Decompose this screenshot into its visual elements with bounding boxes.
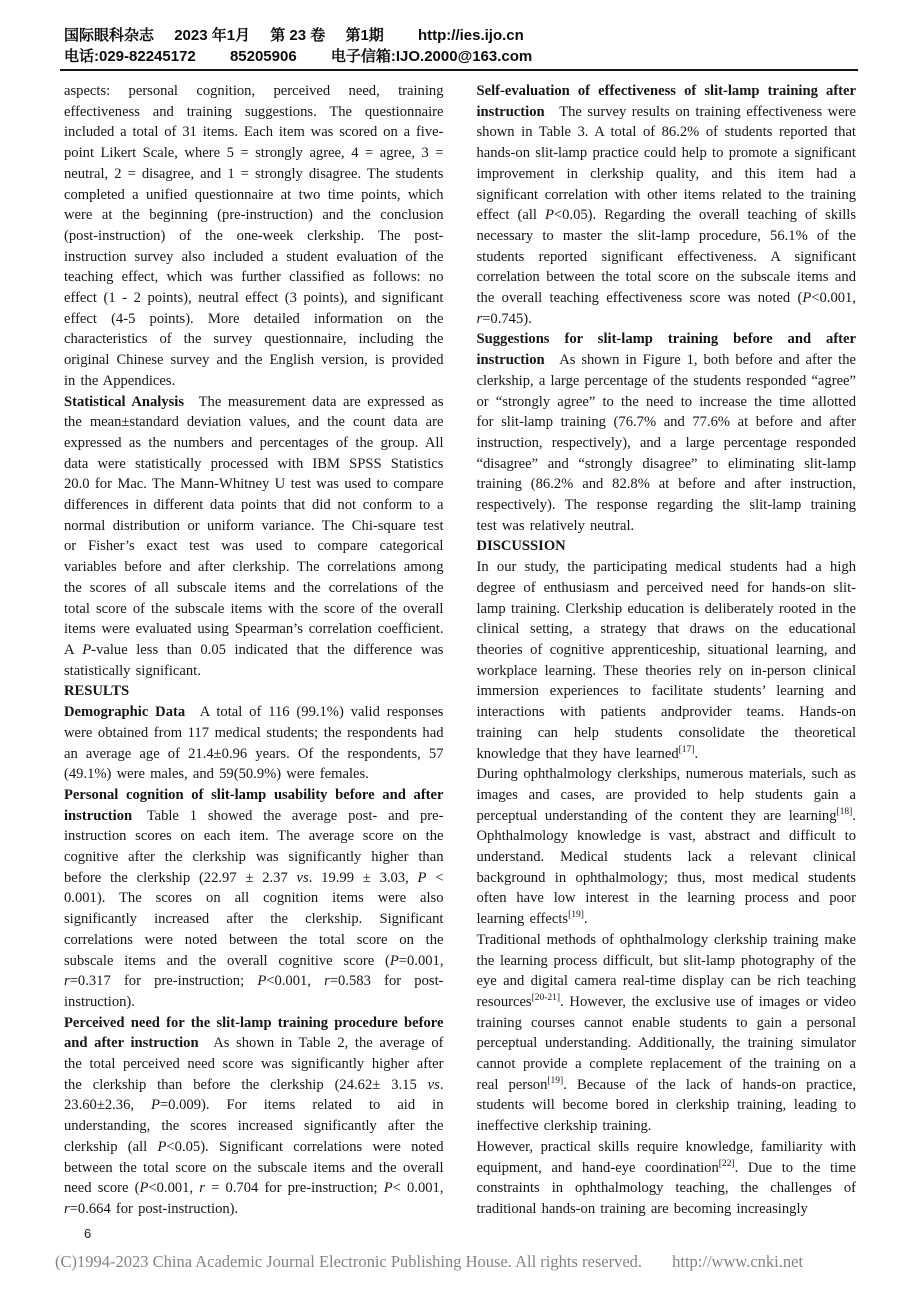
paragraph: Suggestions for slit-lamp training befor… bbox=[477, 329, 857, 536]
text-segment: DISCUSSION bbox=[477, 538, 566, 554]
text-segment: =0.001, bbox=[399, 953, 444, 969]
paragraph: In our study, the participating medical … bbox=[477, 557, 857, 764]
text-segment: RESULTS bbox=[64, 683, 129, 699]
journal-header-line2: 电话:029-82245172 85205906 电子信箱:IJO.2000@1… bbox=[64, 46, 864, 67]
text-segment: vs bbox=[297, 870, 309, 886]
section-heading: RESULTS bbox=[64, 681, 444, 702]
text-segment: < 0.001, bbox=[393, 1180, 444, 1196]
text-segment: [20-21] bbox=[532, 993, 561, 1003]
text-segment: aspects: personal cognition, perceived n… bbox=[64, 83, 444, 389]
text-segment: <0.001, bbox=[811, 290, 856, 306]
text-segment: Demographic Data bbox=[64, 704, 185, 720]
text-segment: =0.664 for post-instruction). bbox=[70, 1201, 239, 1217]
text-segment: . Ophthalmology knowledge is vast, abstr… bbox=[477, 808, 857, 928]
issue-date: 2023 年1月 bbox=[174, 27, 250, 44]
journal-page: 国际眼科杂志 2023 年1月 第 23 卷 第1期 http://ies.ij… bbox=[0, 0, 920, 1302]
text-segment: In our study, the participating medical … bbox=[477, 559, 857, 761]
paragraph: Personal cognition of slit-lamp usabilit… bbox=[64, 785, 444, 1013]
text-segment: During ophthalmology clerkships, numerou… bbox=[477, 766, 857, 823]
journal-header: 国际眼科杂志 2023 年1月 第 23 卷 第1期 http://ies.ij… bbox=[64, 25, 864, 67]
article-body: aspects: personal cognition, perceived n… bbox=[64, 81, 856, 1220]
header-divider bbox=[60, 69, 858, 71]
text-segment: P bbox=[390, 953, 399, 969]
text-segment: =0.317 for pre-instruction; bbox=[70, 973, 258, 989]
copyright-line: (C)1994-2023 China Academic Journal Elec… bbox=[55, 1252, 875, 1272]
volume-label: 第 23 卷 bbox=[270, 27, 325, 44]
journal-header-line1: 国际眼科杂志 2023 年1月 第 23 卷 第1期 http://ies.ij… bbox=[64, 25, 864, 46]
text-segment: [19] bbox=[568, 910, 584, 920]
text-segment: [18] bbox=[837, 807, 853, 817]
paragraph: Perceived need for the slit-lamp trainin… bbox=[64, 1013, 444, 1220]
text-segment: P bbox=[257, 973, 266, 989]
journal-phone2: 85205906 bbox=[230, 48, 297, 65]
text-segment: <0.001, bbox=[148, 1180, 199, 1196]
text-segment: -value less than 0.05 indicated that the… bbox=[64, 642, 444, 679]
journal-phone: 电话:029-82245172 bbox=[64, 48, 196, 65]
right-column: Self-evaluation of effectiveness of slit… bbox=[477, 81, 857, 1220]
text-segment: . bbox=[584, 911, 588, 927]
paragraph: During ophthalmology clerkships, numerou… bbox=[477, 764, 857, 930]
text-segment: P bbox=[384, 1180, 393, 1196]
text-segment: Statistical Analysis bbox=[64, 394, 184, 410]
text-segment: . bbox=[694, 746, 698, 762]
left-column: aspects: personal cognition, perceived n… bbox=[64, 81, 444, 1220]
text-segment: = 0.704 for pre-instruction; bbox=[205, 1180, 384, 1196]
text-segment: [19] bbox=[547, 1076, 563, 1086]
journal-name: 国际眼科杂志 bbox=[64, 27, 154, 44]
paragraph: aspects: personal cognition, perceived n… bbox=[64, 81, 444, 392]
text-segment: P bbox=[82, 642, 91, 658]
cnki-url: http://www.cnki.net bbox=[672, 1252, 803, 1271]
text-segment: As shown in Figure 1, both before and af… bbox=[477, 352, 857, 534]
journal-website-link: http://ies.ijo.cn bbox=[418, 27, 524, 44]
paragraph: Statistical Analysis The measurement dat… bbox=[64, 392, 444, 682]
copyright-text: (C)1994-2023 China Academic Journal Elec… bbox=[55, 1252, 642, 1271]
issue-label: 第1期 bbox=[345, 27, 383, 44]
text-segment: The survey results on training effective… bbox=[477, 104, 857, 224]
text-segment: [22] bbox=[719, 1159, 735, 1169]
text-segment: The measurement data are expressed as th… bbox=[64, 394, 444, 658]
text-segment: P bbox=[151, 1097, 160, 1113]
text-segment: [17] bbox=[679, 745, 695, 755]
paragraph: Demographic Data A total of 116 (99.1%) … bbox=[64, 702, 444, 785]
page-number: 6 bbox=[84, 1226, 91, 1241]
paragraph: Traditional methods of ophthalmology cle… bbox=[477, 930, 857, 1137]
journal-email: 电子信箱:IJO.2000@163.com bbox=[331, 48, 532, 65]
text-segment: P bbox=[545, 207, 554, 223]
text-segment: <0.001, bbox=[266, 973, 324, 989]
text-segment: =0.745). bbox=[482, 311, 532, 327]
text-segment: P bbox=[802, 290, 811, 306]
text-segment: . 19.99 ± 3.03, bbox=[309, 870, 418, 886]
paragraph: Self-evaluation of effectiveness of slit… bbox=[477, 81, 857, 329]
section-heading: DISCUSSION bbox=[477, 536, 857, 557]
text-segment: vs bbox=[428, 1077, 440, 1093]
paragraph: However, practical skills require knowle… bbox=[477, 1137, 857, 1220]
